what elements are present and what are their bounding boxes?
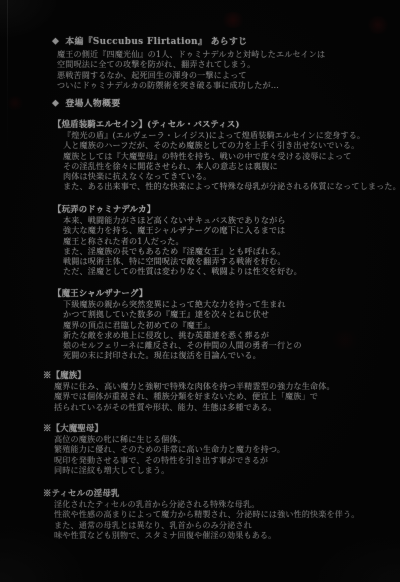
text-line: 空間呪法に全ての攻撃を防がれ、翻弄されてしまう。 [57, 59, 325, 69]
scan-corner-artifact [0, 0, 60, 40]
text-line: 娘のセルフェリーネに離反され、その仲間の人間の勇者一行との [63, 340, 302, 350]
text-line: 高位の魔族の牝に稀に生じる個体。 [54, 434, 285, 444]
synopsis-section: ◆本編『Succubus Flirtation』 あらすじ 魔王の側近『四魔光仙… [52, 36, 325, 90]
diamond-bullet-icon: ◆ [52, 36, 59, 48]
text-line: ついにドゥミナデルカの防禦術を突き破る事に成功したが… [57, 80, 325, 90]
text-line: 同時に淫紋も増大してしまう。 [54, 465, 285, 475]
text-line: 味や性質なども別物で、スタミナ回復や催淫の効果もある。 [54, 530, 360, 540]
text-line: 戦闘は呪術主体、特に空間呪法で敵を翻弄する戦術を好む。 [63, 256, 302, 266]
text-line: 悪戦苦闘するなか、起死回生の渾身の一撃によって [57, 70, 325, 80]
section-note-mazoku: ※【魔族】 魔界に住み、高い魔力と強靭で特殊な肉体を持つ半精霊型の強力な生命体。… [43, 370, 335, 412]
section-text: 『煌光の盾』(エルヴェーラ・レイジス)によって煌盾装騎エルセインに変身する。人と… [63, 130, 400, 192]
text-line: かつて割拠していた数多の『魔王』達を次々とねじ伏せ [63, 309, 302, 319]
section-header: 【魔王シャルザナーグ】 [53, 288, 302, 299]
cast-heading-title: 登場人物概要 [65, 99, 120, 109]
text-line: また、淫魔族の長でもあるため『淫魔女王』とも呼ばれる。 [63, 246, 302, 256]
text-line: また、通常の母乳とは異なり、乳首からのみ分泌され [54, 520, 360, 530]
synopsis-heading: ◆本編『Succubus Flirtation』 あらすじ [52, 36, 325, 48]
synopsis-text: 魔王の側近『四魔光仙』の1人、ドゥミナデルカと対峙したエルセインは空間呪法に全て… [57, 49, 325, 90]
scan-blotch-artifact [366, 16, 390, 34]
section-text: 魔界に住み、高い魔力と強靭で特殊な肉体を持つ半精霊型の強力な生命体。魔界では個体… [54, 381, 335, 412]
scan-blotch-artifact [330, 330, 360, 350]
text-line: 呪印を発動させる事で、その特性を引き出す事ができるが [54, 455, 285, 465]
section-header: ※ティセルの淫母乳 [43, 488, 360, 499]
section-text: 高位の魔族の牝に稀に生じる個体。繁殖能力に優れ、そのための非常に高い生命力と魔力… [54, 434, 285, 475]
section-header: ※【魔族】 [43, 370, 335, 381]
text-line: 括られているがその性質や形状、能力、生態は多種である。 [54, 402, 335, 412]
section-header: 【玩弄のドゥミナデルカ】 [53, 204, 302, 215]
section-text: 淫化されたティセルの乳首から分泌される特殊な母乳。性欲や性感の高まりによって魔力… [54, 499, 360, 540]
section-text: 本来、戦闘能力がさほど高くないサキュバス族でありながら強大な魔力を持ち、魔王シャ… [63, 215, 302, 277]
text-line: 『煌光の盾』(エルヴェーラ・レイジス)によって煌盾装騎エルセインに変身する。 [63, 130, 400, 140]
synopsis-title: 本編『Succubus Flirtation』 あらすじ [65, 37, 247, 47]
section-elsain: 【煌盾装騎エルセイン】(ティセル・バスティス) 『煌光の盾』(エルヴェーラ・レイ… [53, 119, 400, 192]
text-line: ただ、淫魔としての性質は変わりなく、戦闘よりは性交を好む。 [63, 266, 302, 276]
text-line: 人と魔族のハーフだが、そのため魔族としての力を上手く引き出せないでいる。 [63, 140, 400, 150]
text-line: 魔界に住み、高い魔力と強靭で特殊な肉体を持つ半精霊型の強力な生命体。 [54, 381, 335, 391]
text-line: 強大な魔力を持ち、魔王シャルザナーグの麾下に入るまでは [63, 225, 302, 235]
text-line: 淫化されたティセルの乳首から分泌される特殊な母乳。 [54, 499, 360, 509]
text-line: また、ある出来事で、性的な快楽によって特殊な母乳が分泌される体質になってしまった… [63, 181, 400, 191]
text-line: 本来、戦闘能力がさほど高くないサキュバス族でありながら [63, 215, 302, 225]
diamond-bullet-icon: ◆ [52, 98, 59, 110]
scanned-page: ◆本編『Succubus Flirtation』 あらすじ 魔王の側近『四魔光仙… [0, 0, 400, 582]
text-line: 繁殖能力に優れ、そのための非常に高い生命力と魔力を持つ。 [54, 444, 285, 454]
scan-blotch-artifact [220, 12, 246, 28]
text-line: 魔界では個体が重視され、種族分類を好まないため、便宜上「魔族」で [54, 391, 335, 401]
section-text: 下級魔族の親から突然変異によって絶大な力を持って生まれかつて割拠していた数多の『… [63, 299, 302, 361]
text-line: 魔王と称された者の1人だった。 [63, 236, 302, 246]
text-line: 魔界の頂点に君臨した初めての『魔王』。 [63, 320, 302, 330]
section-note-milk: ※ティセルの淫母乳 淫化されたティセルの乳首から分泌される特殊な母乳。性欲や性感… [43, 488, 360, 540]
text-line: その淫乱性を徐々に開花させられ、本人の意志とは裏腹に [63, 161, 400, 171]
text-line: 魔族としては『大魔聖母』の特性を持ち、戦いの中で度々受ける凌辱によって [63, 151, 400, 161]
text-line: 死闘の末に封印された。現在は復活を目論んでいる。 [63, 350, 302, 360]
text-line: 新たな敵を求め地上に侵攻し、挑む英雄達を悉く葬るが [63, 330, 302, 340]
text-line: 肉体は快楽に抗えなくなってきている。 [63, 171, 400, 181]
cast-heading: ◆登場人物概要 [52, 98, 121, 110]
section-note-daimaseibo: ※【大魔聖母】 高位の魔族の牝に稀に生じる個体。繁殖能力に優れ、そのための非常に… [43, 423, 285, 475]
section-duminaderuka: 【玩弄のドゥミナデルカ】 本来、戦闘能力がさほど高くないサキュバス族でありながら… [53, 204, 302, 277]
text-line: 魔王の側近『四魔光仙』の1人、ドゥミナデルカと対峙したエルセインは [57, 49, 325, 59]
section-header: 【煌盾装騎エルセイン】(ティセル・バスティス) [53, 119, 400, 130]
section-sharzanarg: 【魔王シャルザナーグ】 下級魔族の親から突然変異によって絶大な力を持って生まれか… [53, 288, 302, 361]
scan-blotch-artifact [6, 96, 24, 110]
section-header: ※【大魔聖母】 [43, 423, 285, 434]
cast-heading-section: ◆登場人物概要 [52, 98, 121, 110]
text-line: 下級魔族の親から突然変異によって絶大な力を持って生まれ [63, 299, 302, 309]
text-line: 性欲や性感の高まりによって魔力から精製され、分泌時には強い性的快楽を伴う。 [54, 509, 360, 519]
